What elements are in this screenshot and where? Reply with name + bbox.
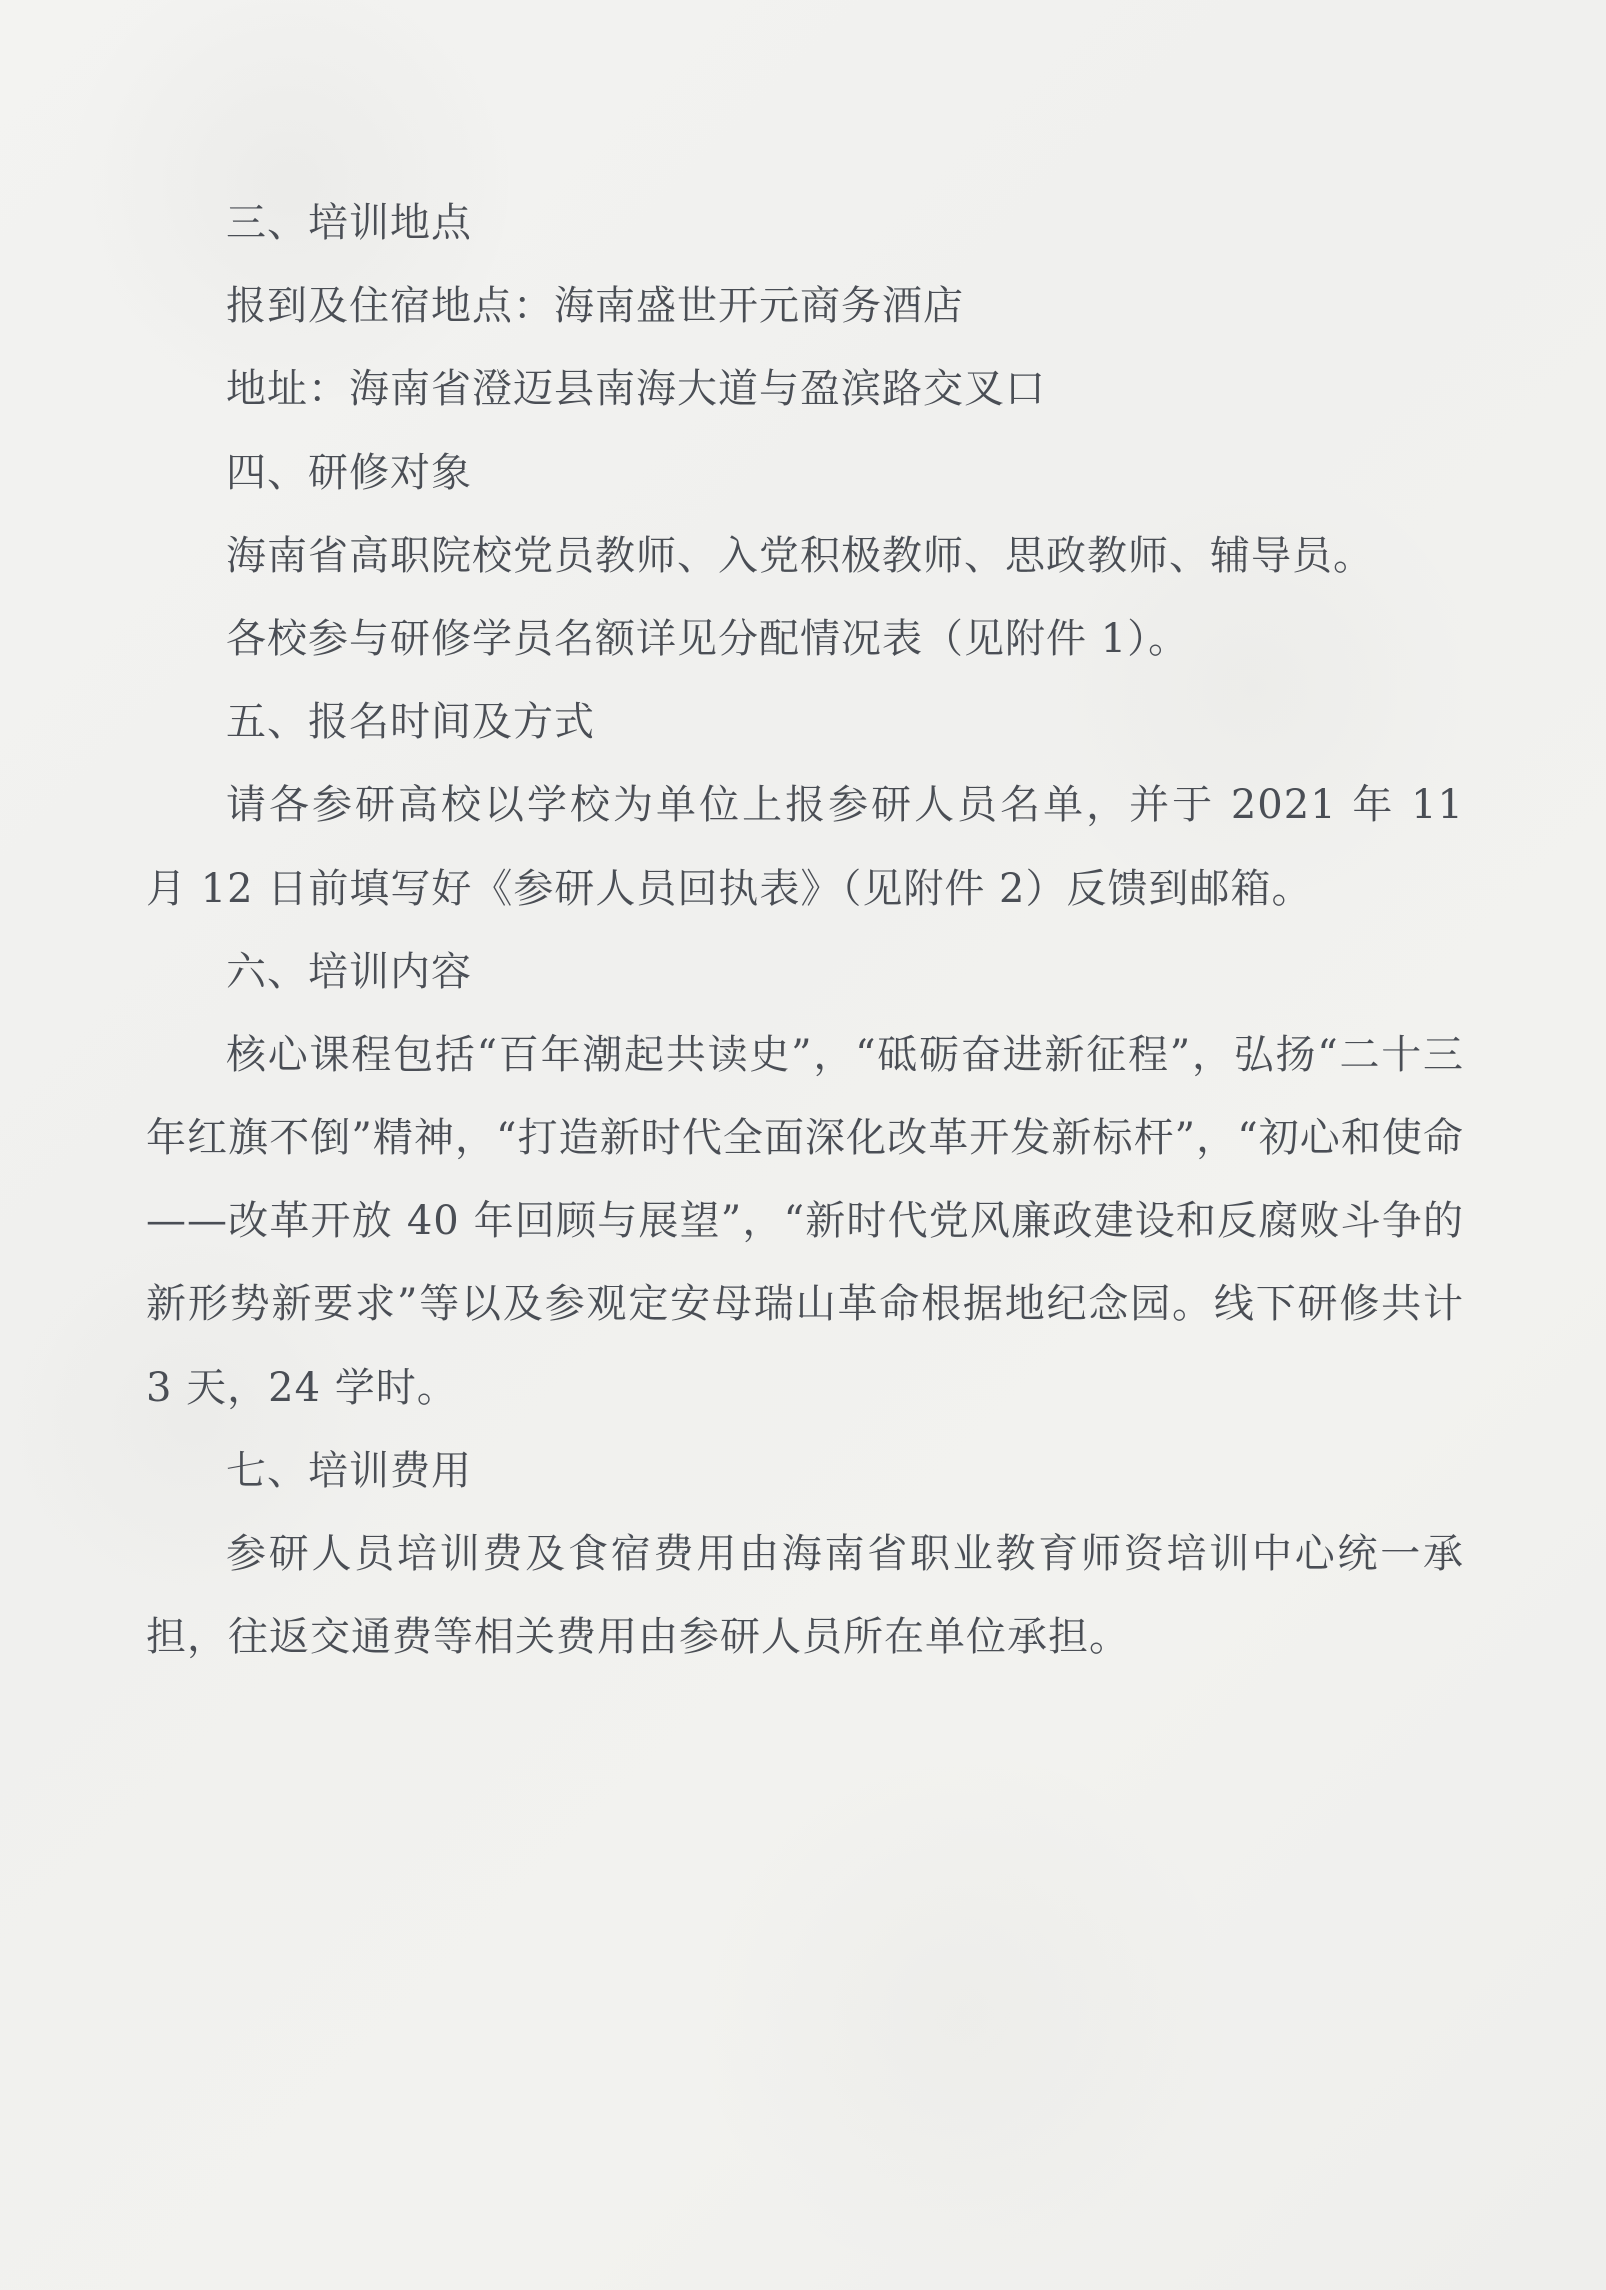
paragraph-registration: 请各参研高校以学校为单位上报参研人员名单，并于 2021 年 11 月 12 日… — [146, 764, 1464, 930]
section-training-fees: 七、培训费用 参研人员培训费及食宿费用由海南省职业教育师资培训中心统一承担，往返… — [146, 1430, 1464, 1680]
section-heading: 四、研修对象 — [146, 432, 1464, 515]
paragraph-address: 地址：海南省澄迈县南海大道与盈滨路交叉口 — [146, 348, 1464, 431]
paragraph-quota: 各校参与研修学员名额详见分配情况表（见附件 1）。 — [146, 598, 1464, 681]
scanned-document-page: 三、培训地点 报到及住宿地点：海南盛世开元商务酒店 地址：海南省澄迈县南海大道与… — [0, 0, 1606, 2290]
document-body: 三、培训地点 报到及住宿地点：海南盛世开元商务酒店 地址：海南省澄迈县南海大道与… — [146, 182, 1464, 1679]
section-registration: 五、报名时间及方式 请各参研高校以学校为单位上报参研人员名单，并于 2021 年… — [146, 681, 1464, 931]
paragraph-fees: 参研人员培训费及食宿费用由海南省职业教育师资培训中心统一承担，往返交通费等相关费… — [146, 1513, 1464, 1679]
section-training-content: 六、培训内容 核心课程包括“百年潮起共读史”，“砥砺奋进新征程”，弘扬“二十三年… — [146, 931, 1464, 1430]
section-training-audience: 四、研修对象 海南省高职院校党员教师、入党积极教师、思政教师、辅导员。 各校参与… — [146, 432, 1464, 682]
section-heading: 三、培训地点 — [146, 182, 1464, 265]
paragraph-checkin-location: 报到及住宿地点：海南盛世开元商务酒店 — [146, 265, 1464, 348]
section-heading: 五、报名时间及方式 — [146, 681, 1464, 764]
paragraph-audience: 海南省高职院校党员教师、入党积极教师、思政教师、辅导员。 — [146, 515, 1464, 598]
section-training-location: 三、培训地点 报到及住宿地点：海南盛世开元商务酒店 地址：海南省澄迈县南海大道与… — [146, 182, 1464, 432]
section-heading: 六、培训内容 — [146, 931, 1464, 1014]
paragraph-courses: 核心课程包括“百年潮起共读史”，“砥砺奋进新征程”，弘扬“二十三年红旗不倒”精神… — [146, 1014, 1464, 1430]
section-heading: 七、培训费用 — [146, 1430, 1464, 1513]
